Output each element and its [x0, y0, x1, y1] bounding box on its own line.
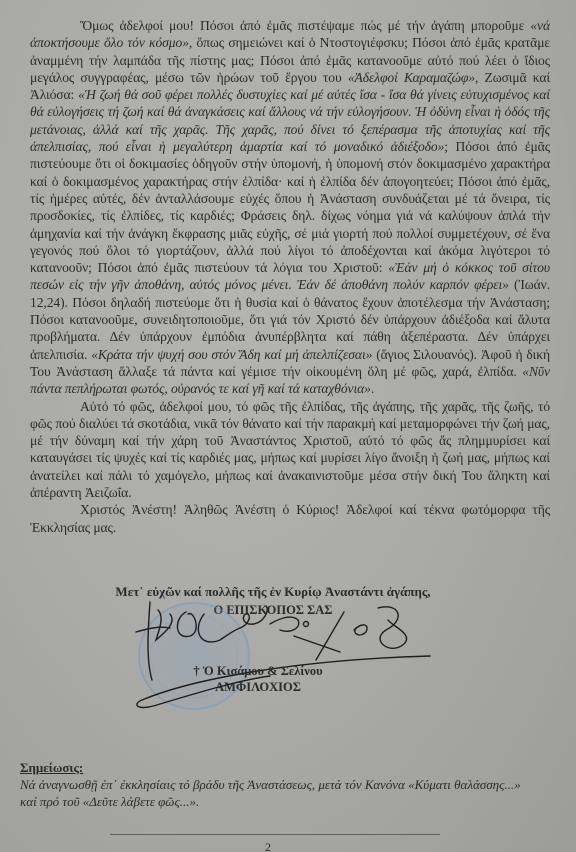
- letter-body: Ὅμως ἀδελφοί μου! Πόσοι ἀπό ἐμᾶς πιστέψα…: [30, 17, 550, 536]
- signature-see: † Ὁ Κισάμου & Σελίνου: [0, 664, 546, 679]
- text-run: Αὐτό τό φῶς, ἀδελφοί μου, τό φῶς τῆς ἐλπ…: [30, 399, 550, 500]
- text-run: Χριστός Ἀνέστη! Ἀληθῶς Ἀνέστη ὁ Κύριος! …: [30, 502, 550, 534]
- paragraph: Αὐτό τό φῶς, ἀδελφοί μου, τό φῶς τῆς ἐλπ…: [30, 398, 550, 502]
- paragraph: Χριστός Ἀνέστη! Ἀληθῶς Ἀνέστη ὁ Κύριος! …: [30, 501, 550, 536]
- paragraph: Ὅμως ἀδελφοί μου! Πόσοι ἀπό ἐμᾶς πιστέψα…: [30, 17, 550, 398]
- document-page: Ὅμως ἀδελφοί μου! Πόσοι ἀπό ἐμᾶς πιστέψα…: [0, 0, 576, 852]
- text-run: ; Πόσοι ἀπό ἐμᾶς πιστεύουμε ὅτι οἱ δοκιμ…: [30, 139, 550, 275]
- closing-greeting: Μετ᾽ εὐχῶν καί πολλῆς τῆς ἐν Κυρίῳ Ἀναστ…: [0, 583, 561, 601]
- text-run: Ὅμως ἀδελφοί μου! Πόσοι ἀπό ἐμᾶς πιστέψα…: [80, 18, 530, 33]
- quoted-text: «Ἀδελφοί Καραμαζώφ»: [348, 70, 475, 85]
- note-heading: Σημείωσις:: [20, 759, 540, 776]
- signature-name: ΑΜΦΙΛΟΧΙΟΣ: [0, 680, 546, 695]
- quoted-text: «Κράτα τήν ψυχή σου στόν Ἅδη καί μή ἀπελ…: [91, 347, 372, 362]
- page-number: 2: [0, 840, 556, 852]
- text-run: .: [371, 381, 374, 396]
- note-block: Σημείωσις: Νά ἀναγνωσθῇ ἐπ᾽ ἐκκλησίαις τ…: [20, 759, 540, 810]
- footer-divider: [110, 834, 440, 835]
- note-text: Νά ἀναγνωσθῇ ἐπ᾽ ἐκκλησίαις τό βράδυ τῆς…: [20, 776, 540, 810]
